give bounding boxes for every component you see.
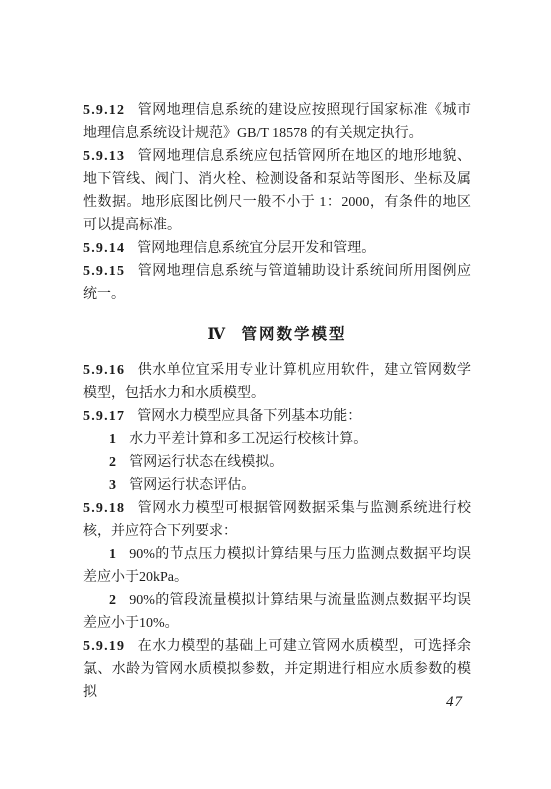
page-number: 47: [446, 691, 463, 713]
clause-text: 管网地理信息系统与管道辅助设计系统间所用图例应统一。: [83, 264, 471, 302]
subitem-text: 水力平差计算和多工况运行校核计算。: [129, 432, 367, 447]
subitem-text: 管网运行状态评估。: [129, 478, 255, 493]
clause-number: 5.9.14: [83, 241, 125, 256]
clause-number: 5.9.18: [83, 501, 125, 516]
clause-number: 5.9.16: [83, 363, 125, 378]
subitem-text: 90%的节点压力模拟计算结果与压力监测点数据平均误差应小于20kPa。: [83, 547, 471, 585]
section-heading: Ⅳ管网数学模型: [83, 323, 471, 346]
clause-5-9-17: 5.9.17管网水力模型应具备下列基本功能：: [83, 405, 471, 428]
subitem-text: 管网运行状态在线模拟。: [129, 455, 283, 470]
subitem-5-9-17-1: 1水力平差计算和多工况运行校核计算。: [83, 428, 471, 451]
clause-5-9-13: 5.9.13管网地理信息系统应包括管网所在地区的地形地貌、地下管线、阀门、消火栓…: [83, 145, 471, 237]
clause-number: 5.9.12: [83, 103, 125, 118]
subitem-5-9-18-1: 190%的节点压力模拟计算结果与压力监测点数据平均误差应小于20kPa。: [83, 543, 471, 589]
clause-5-9-19: 5.9.19在水力模型的基础上可建立管网水质模型，可选择余氯、水龄为管网水质模拟…: [83, 635, 471, 704]
page-content: 5.9.12管网地理信息系统的建设应按照现行国家标准《城市地理信息系统设计规范》…: [83, 99, 471, 704]
clause-number: 5.9.15: [83, 264, 125, 279]
subitem-5-9-17-3: 3管网运行状态评估。: [83, 474, 471, 497]
subitem-number: 2: [109, 455, 117, 470]
subitem-number: 1: [109, 547, 117, 562]
subitem-text: 90%的管段流量模拟计算结果与流量监测点数据平均误差应小于10%。: [83, 593, 471, 631]
clause-number: 5.9.17: [83, 409, 125, 424]
clause-text: 供水单位宜采用专业计算机应用软件，建立管网数学模型，包括水力和水质模型。: [83, 363, 471, 401]
clause-text: 管网地理信息系统宜分层开发和管理。: [137, 241, 375, 256]
clause-5-9-18: 5.9.18管网水力模型可根据管网数据采集与监测系统进行校核，并应符合下列要求：: [83, 497, 471, 543]
subitem-number: 1: [109, 432, 117, 447]
subitem-5-9-17-2: 2管网运行状态在线模拟。: [83, 451, 471, 474]
clause-5-9-14: 5.9.14管网地理信息系统宜分层开发和管理。: [83, 237, 471, 260]
clause-5-9-16: 5.9.16供水单位宜采用专业计算机应用软件，建立管网数学模型，包括水力和水质模…: [83, 359, 471, 405]
subitem-5-9-18-2: 290%的管段流量模拟计算结果与流量监测点数据平均误差应小于10%。: [83, 589, 471, 635]
clause-text: 管网地理信息系统的建设应按照现行国家标准《城市地理信息系统设计规范》GB/T 1…: [83, 103, 471, 141]
clause-5-9-15: 5.9.15管网地理信息系统与管道辅助设计系统间所用图例应统一。: [83, 260, 471, 306]
clause-number: 5.9.13: [83, 149, 125, 164]
clause-number: 5.9.19: [83, 639, 125, 654]
clause-5-9-12: 5.9.12管网地理信息系统的建设应按照现行国家标准《城市地理信息系统设计规范》…: [83, 99, 471, 145]
subitem-number: 2: [109, 593, 117, 608]
document-page: 5.9.12管网地理信息系统的建设应按照现行国家标准《城市地理信息系统设计规范》…: [0, 0, 551, 789]
section-title: 管网数学模型: [242, 326, 347, 343]
subitem-number: 3: [109, 478, 117, 493]
clause-text: 管网水力模型应具备下列基本功能：: [137, 409, 361, 424]
clause-text: 管网水力模型可根据管网数据采集与监测系统进行校核，并应符合下列要求：: [83, 501, 471, 539]
section-numeral: Ⅳ: [207, 326, 225, 343]
clause-text: 管网地理信息系统应包括管网所在地区的地形地貌、地下管线、阀门、消火栓、检测设备和…: [83, 149, 471, 233]
clause-text: 在水力模型的基础上可建立管网水质模型，可选择余氯、水龄为管网水质模拟参数，并定期…: [83, 639, 471, 700]
